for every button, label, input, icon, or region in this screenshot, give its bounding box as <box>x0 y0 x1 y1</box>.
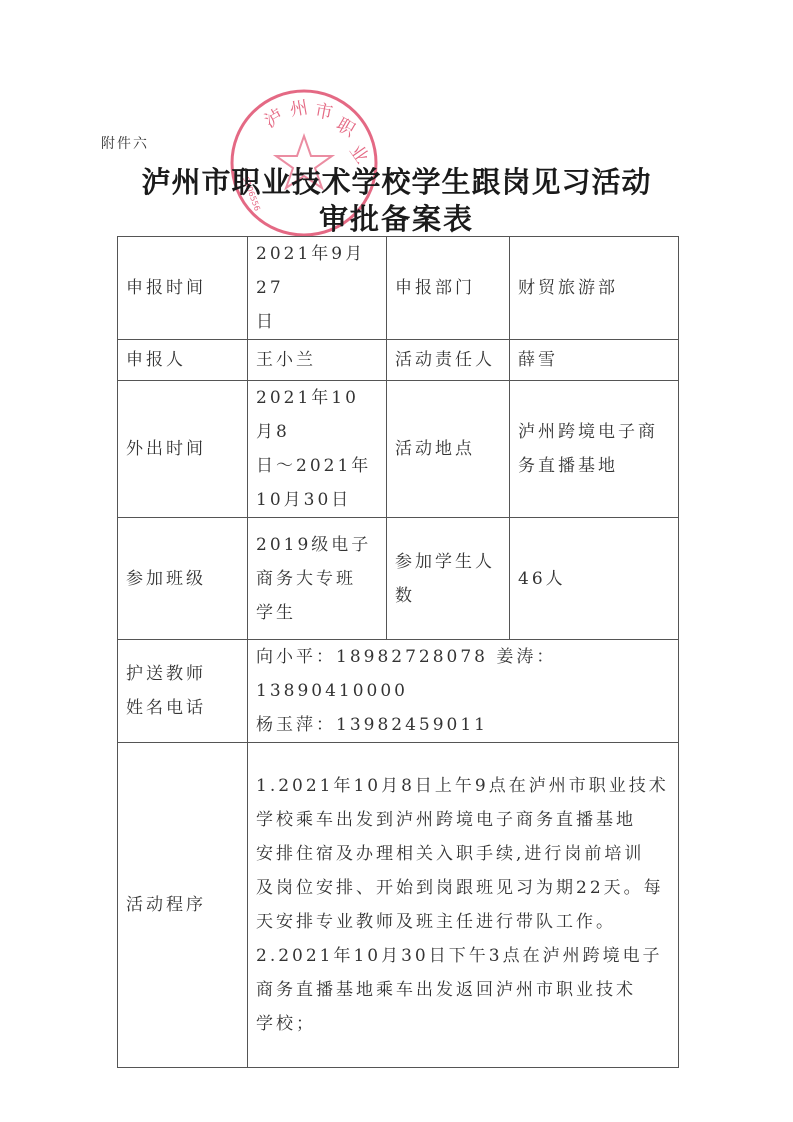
table-row: 申报时间 2021年9月27 日 申报部门 财贸旅游部 <box>118 237 679 340</box>
label-escort-teachers: 护送教师 姓名电话 <box>118 640 248 743</box>
value-activity-procedure: 1.2021年10月8日上午9点在泸州市职业技术 学校乘车出发到泸州跨境电子商务… <box>248 743 679 1068</box>
value-escort-teachers: 向小平：18982728078 姜涛：13890410000 杨玉萍：13982… <box>248 640 679 743</box>
label-apply-dept: 申报部门 <box>387 237 510 340</box>
table-row: 参加班级 2019级电子 商务大专班 学生 参加学生人 数 46人 <box>118 518 679 640</box>
value-apply-dept: 财贸旅游部 <box>510 237 679 340</box>
svg-text:州: 州 <box>288 97 309 121</box>
label-activity-location: 活动地点 <box>387 381 510 518</box>
approval-form-table: 申报时间 2021年9月27 日 申报部门 财贸旅游部 申报人 王小兰 活动责任… <box>117 236 679 1068</box>
value-outing-time: 2021年10月8 日～2021年 10月30日 <box>248 381 387 518</box>
table-row: 护送教师 姓名电话 向小平：18982728078 姜涛：13890410000… <box>118 640 679 743</box>
svg-text:泸: 泸 <box>261 105 287 132</box>
value-apply-time: 2021年9月27 日 <box>248 237 387 340</box>
document-title-line1: 泸州市职业技术学校学生跟岗见习活动 <box>0 160 793 201</box>
svg-text:职: 职 <box>333 114 360 142</box>
document-title-line2: 审批备案表 <box>0 197 793 238</box>
label-activity-lead: 活动责任人 <box>387 340 510 381</box>
svg-text:市: 市 <box>313 100 334 124</box>
value-activity-location: 泸州跨境电子商 务直播基地 <box>510 381 679 518</box>
attachment-label: 附件六 <box>101 133 149 153</box>
value-class: 2019级电子 商务大专班 学生 <box>248 518 387 640</box>
value-applicant: 王小兰 <box>248 340 387 381</box>
label-class: 参加班级 <box>118 518 248 640</box>
table-row: 申报人 王小兰 活动责任人 薛雪 <box>118 340 679 381</box>
value-activity-lead: 薛雪 <box>510 340 679 381</box>
value-student-count: 46人 <box>510 518 679 640</box>
label-student-count: 参加学生人 数 <box>387 518 510 640</box>
label-applicant: 申报人 <box>118 340 248 381</box>
label-apply-time: 申报时间 <box>118 237 248 340</box>
table-row: 活动程序 1.2021年10月8日上午9点在泸州市职业技术 学校乘车出发到泸州跨… <box>118 743 679 1068</box>
label-activity-procedure: 活动程序 <box>118 743 248 1068</box>
label-outing-time: 外出时间 <box>118 381 248 518</box>
table-row: 外出时间 2021年10月8 日～2021年 10月30日 活动地点 泸州跨境电… <box>118 381 679 518</box>
